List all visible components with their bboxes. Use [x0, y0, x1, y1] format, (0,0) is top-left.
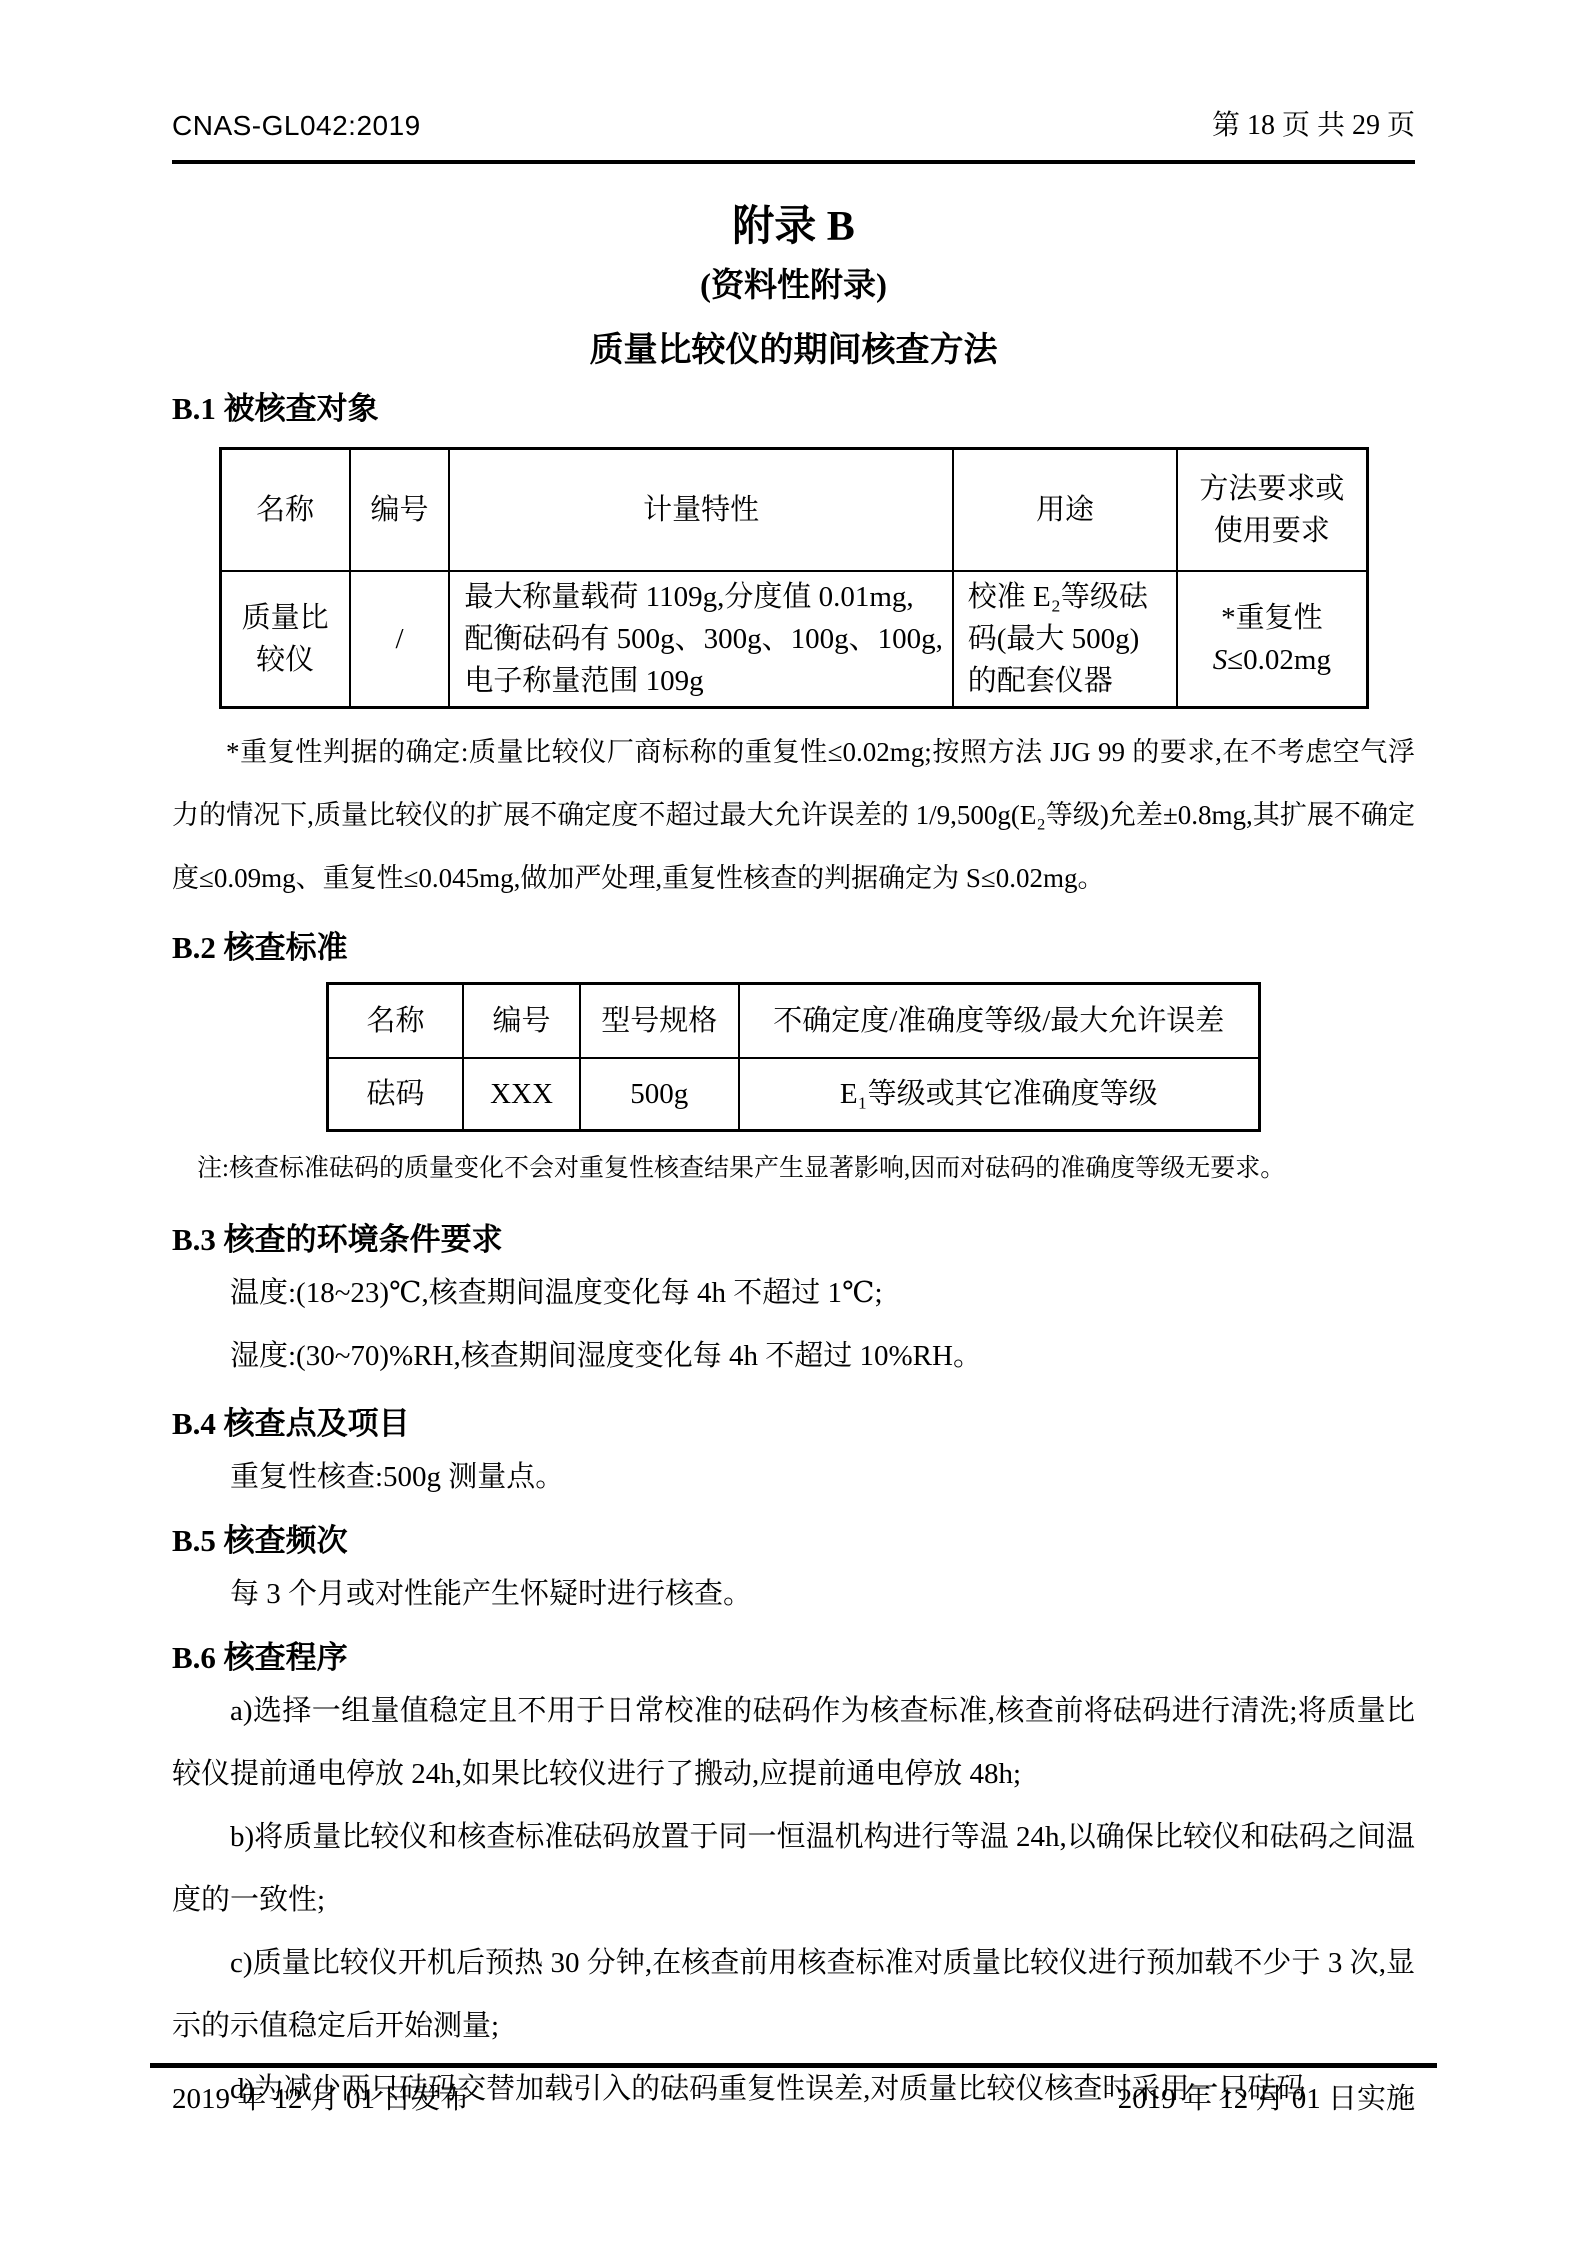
section-heading-b1: B.1 被核查对象: [172, 387, 1415, 431]
check-point-content: 重复性核查:500g 测量点。: [172, 1446, 1415, 1509]
requirement-line2: S≤0.02mg: [1186, 639, 1357, 681]
document-page: CNAS-GL042:2019 第 18 页 共 29 页 附录 B (资料性附…: [0, 0, 1587, 2245]
table-row: 砝码 XXX 500g E₁等级或其它准确度等级: [328, 1058, 1260, 1131]
procedure-item-b: b)将质量比较仪和核查标准砝码放置于同一恒温机构进行等温 24h,以确保比较仪和…: [172, 1806, 1415, 1932]
col-header-uncertainty: 不确定度/准确度等级/最大允许误差: [739, 984, 1260, 1059]
appendix-type-subtitle: (资料性附录): [172, 259, 1415, 313]
table-header-row: 名称 编号 计量特性 用途 方法要求或 使用要求: [220, 449, 1367, 572]
cell-usage: 校准 E₂等级砝 码(最大 500g) 的配套仪器: [953, 571, 1177, 708]
cell-metrological-characteristics: 最大称量载荷 1109g,分度值 0.01mg, 配衡砝码有 500g、300g…: [449, 571, 952, 708]
check-standard-table: 名称 编号 型号规格 不确定度/准确度等级/最大允许误差 砝码 XXX 500g…: [326, 982, 1261, 1132]
humidity-requirement: 湿度:(30~70)%RH,核查期间湿度变化每 4h 不超过 10%RH。: [172, 1325, 1415, 1388]
col-header-name: 名称: [220, 449, 350, 572]
col-header-number: 编号: [463, 984, 580, 1059]
section-heading-b2: B.2 核查标准: [172, 926, 1415, 970]
col-header-method-requirement: 方法要求或 使用要求: [1177, 449, 1367, 572]
page-number-info: 第 18 页 共 29 页: [1212, 106, 1415, 146]
section-heading-b6: B.6 核查程序: [172, 1636, 1415, 1680]
cell-instrument-number: /: [350, 571, 450, 708]
publish-date: 2019 年 12 月 01 日发布: [172, 2078, 469, 2120]
cell-standard-number: XXX: [463, 1058, 580, 1131]
section-heading-b4: B.4 核查点及项目: [172, 1402, 1415, 1446]
checked-object-table: 名称 编号 计量特性 用途 方法要求或 使用要求 质量比 较仪 / 最大称量载荷…: [219, 447, 1369, 709]
col-header-name: 名称: [328, 984, 464, 1059]
repeatability-footnote: *重复性判据的确定:质量比较仪厂商标称的重复性≤0.02mg;按照方法 JJG …: [172, 721, 1415, 910]
col-header-usage: 用途: [953, 449, 1177, 572]
standard-table-note: 注:核查标准砝码的质量变化不会对重复性核查结果产生显著影响,因而对砝码的准确度等…: [172, 1144, 1415, 1194]
page-header: CNAS-GL042:2019 第 18 页 共 29 页: [172, 106, 1415, 164]
repeatability-symbol: S: [1213, 644, 1228, 676]
method-title: 质量比较仪的期间核查方法: [172, 323, 1415, 379]
table-header-row: 名称 编号 型号规格 不确定度/准确度等级/最大允许误差: [328, 984, 1260, 1059]
implement-date: 2019 年 12 月 01 日实施: [1118, 2078, 1415, 2120]
appendix-title: 附录 B: [172, 199, 1415, 255]
page-footer: 2019 年 12 月 01 日发布 2019 年 12 月 01 日实施: [150, 2063, 1437, 2120]
col-header-model-spec: 型号规格: [580, 984, 739, 1059]
cell-standard-grade: E₁等级或其它准确度等级: [739, 1058, 1260, 1131]
document-code: CNAS-GL042:2019: [172, 106, 421, 146]
procedure-item-c: c)质量比较仪开机后预热 30 分钟,在核查前用核查标准对质量比较仪进行预加载不…: [172, 1932, 1415, 2058]
cell-standard-spec: 500g: [580, 1058, 739, 1131]
procedure-item-a: a)选择一组量值稳定且不用于日常校准的砝码作为核查标准,核查前将砝码进行清洗;将…: [172, 1680, 1415, 1806]
requirement-line1: *重复性: [1186, 597, 1357, 639]
cell-method-requirement: *重复性 S≤0.02mg: [1177, 571, 1367, 708]
col-header-metrological-characteristics: 计量特性: [449, 449, 952, 572]
repeatability-value: ≤0.02mg: [1227, 644, 1331, 676]
section-heading-b3: B.3 核查的环境条件要求: [172, 1218, 1415, 1262]
cell-standard-name: 砝码: [328, 1058, 464, 1131]
cell-instrument-name: 质量比 较仪: [220, 571, 350, 708]
table-row: 质量比 较仪 / 最大称量载荷 1109g,分度值 0.01mg, 配衡砝码有 …: [220, 571, 1367, 708]
temperature-requirement: 温度:(18~23)℃,核查期间温度变化每 4h 不超过 1℃;: [172, 1262, 1415, 1325]
check-frequency-content: 每 3 个月或对性能产生怀疑时进行核查。: [172, 1563, 1415, 1626]
section-heading-b5: B.5 核查频次: [172, 1519, 1415, 1563]
col-header-number: 编号: [350, 449, 450, 572]
